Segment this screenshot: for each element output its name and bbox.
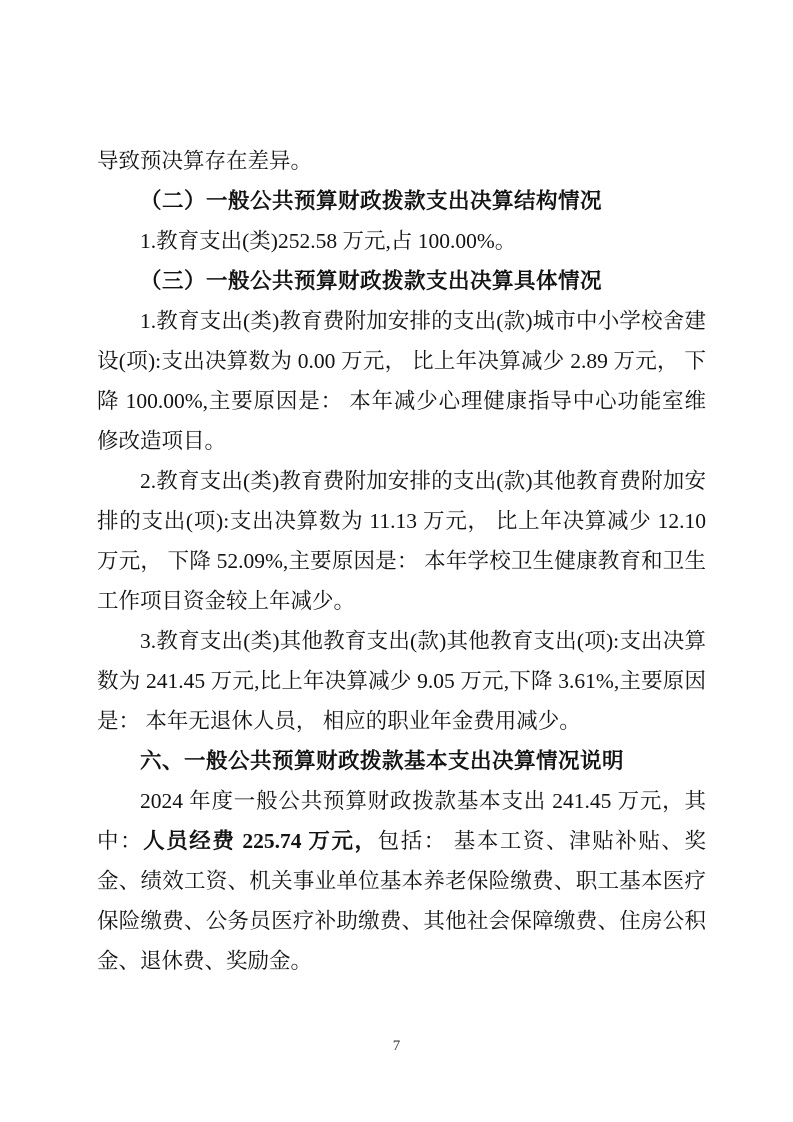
section-2-item: 1.教育支出(类)252.58 万元,占 100.00%。: [97, 221, 706, 261]
section-3-paragraph-1: 1.教育支出(类)教育费附加安排的支出(款)城市中小学校舍建设(项):支出决算数…: [97, 301, 706, 461]
document-content: 导致预决算存在差异。 （二）一般公共预算财政拨款支出决算结构情况 1.教育支出(…: [97, 141, 706, 981]
continuation-line: 导致预决算存在差异。: [97, 141, 706, 181]
section-6-heading: 六、一般公共预算财政拨款基本支出决算情况说明: [97, 741, 706, 781]
document-page: 导致预决算存在差异。 （二）一般公共预算财政拨款支出决算结构情况 1.教育支出(…: [0, 0, 793, 1122]
section-2-heading: （二）一般公共预算财政拨款支出决算结构情况: [97, 181, 706, 221]
page-number: 7: [0, 1036, 793, 1056]
section-6-paragraph-bold-amount: 人员经费 225.74 万元，: [143, 829, 378, 853]
section-6-paragraph: 2024 年度一般公共预算财政拨款基本支出 241.45 万元，其中：人员经费 …: [97, 781, 706, 981]
section-3-paragraph-3: 3.教育支出(类)其他教育支出(款)其他教育支出(项):支出决算数为 241.4…: [97, 621, 706, 741]
section-3-heading: （三）一般公共预算财政拨款支出决算具体情况: [97, 261, 706, 301]
section-3-paragraph-2: 2.教育支出(类)教育费附加安排的支出(款)其他教育费附加安排的支出(项):支出…: [97, 461, 706, 621]
